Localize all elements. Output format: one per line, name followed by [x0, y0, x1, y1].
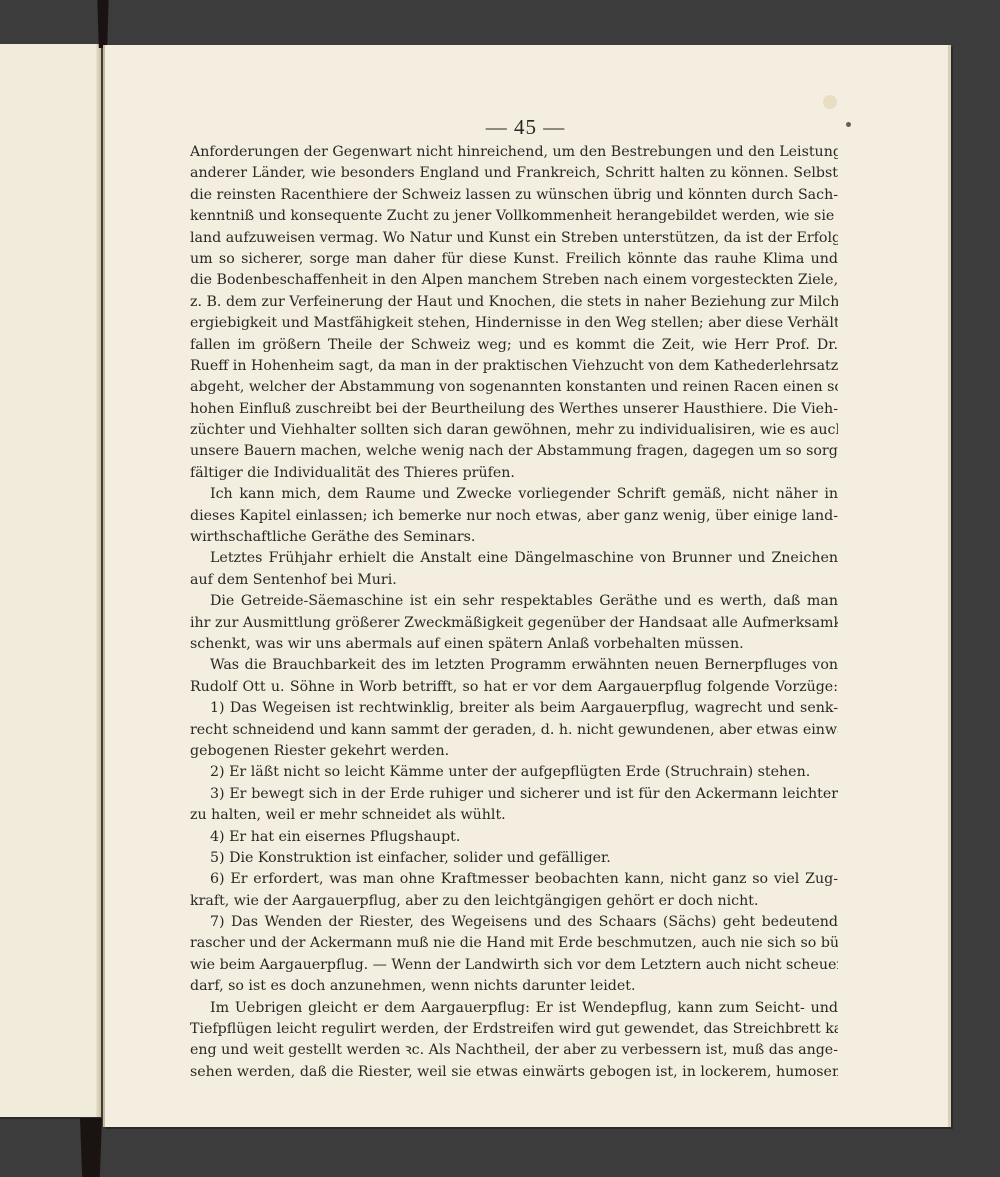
right-page: — 45 — Anforderungen der Gegenwart nicht… — [103, 45, 951, 1127]
text-line: Anforderungen der Gegenwart nicht hinrei… — [190, 142, 838, 163]
text-line: schenkt, was wir uns abermals auf einen … — [190, 634, 838, 655]
left-page-edge — [0, 44, 101, 1119]
text-line: 3) Er bewegt sich in der Erde ruhiger un… — [190, 784, 838, 805]
text-line: Im Uebrigen gleicht er dem Aargauerpflug… — [190, 998, 838, 1019]
text-line: Rueff in Hohenheim sagt, da man in der p… — [190, 356, 838, 377]
text-line: auf dem Sentenhof bei Muri. — [190, 570, 838, 591]
left-page-shadow — [96, 44, 101, 1117]
text-line: ihr zur Ausmittlung größerer Zweckmäßigk… — [190, 613, 838, 634]
text-line: hohen Einfluß zuschreibt bei der Beurthe… — [190, 399, 838, 420]
text-line: fallen im größern Theile der Schweiz weg… — [190, 335, 838, 356]
paper-stain — [823, 95, 837, 109]
text-line: anderer Länder, wie besonders England un… — [190, 163, 838, 184]
text-line: sehen werden, daß die Riester, weil sie … — [190, 1062, 838, 1083]
text-line: um so sicherer, sorge man daher für dies… — [190, 249, 838, 270]
text-line: dieses Kapitel einlassen; ich bemerke nu… — [190, 506, 838, 527]
text-line: land aufzuweisen vermag. Wo Natur und Ku… — [190, 228, 838, 249]
text-line: kraft, wie der Aargauerpflug, aber zu de… — [190, 891, 838, 912]
text-line: darf, so ist es doch anzunehmen, wenn ni… — [190, 976, 838, 997]
text-line: Rudolf Ott u. Söhne in Worb betrifft, so… — [190, 677, 838, 698]
text-line: eng und weit gestellt werden ꝛc. Als Nac… — [190, 1040, 838, 1061]
text-line: Tiefpflügen leicht regulirt werden, der … — [190, 1019, 838, 1040]
text-line: züchter und Viehhalter sollten sich dara… — [190, 420, 838, 441]
text-line: gebogenen Riester gekehrt werden. — [190, 741, 838, 762]
text-line: 4) Er hat ein eisernes Pflugshaupt. — [190, 827, 838, 848]
text-line: unsere Bauern machen, welche wenig nach … — [190, 441, 838, 462]
text-line: 1) Das Wegeisen ist rechtwinklig, breite… — [190, 698, 838, 719]
gutter — [103, 45, 105, 1127]
text-line: abgeht, welcher der Abstammung von sogen… — [190, 377, 838, 398]
text-line: rascher und der Ackermann muß nie die Ha… — [190, 933, 838, 954]
text-line: zu halten, weil er mehr schneidet als wü… — [190, 805, 838, 826]
text-line: recht schneidend und kann sammt der gera… — [190, 720, 838, 741]
text-line: 6) Er erfordert, was man ohne Kraftmesse… — [190, 869, 838, 890]
book-spine-top — [96, 0, 110, 48]
body-text: Anforderungen der Gegenwart nicht hinrei… — [190, 142, 838, 1083]
ink-speck — [846, 122, 851, 127]
text-line: ergiebigkeit und Mastfähigkeit stehen, H… — [190, 313, 838, 334]
text-line: Was die Brauchbarkeit des im letzten Pro… — [190, 655, 838, 676]
text-line: 5) Die Konstruktion ist einfacher, solid… — [190, 848, 838, 869]
text-line: kenntniß und konsequente Zucht zu jener … — [190, 206, 838, 227]
text-line: wirthschaftliche Geräthe des Seminars. — [190, 527, 838, 548]
text-line: 2) Er läßt nicht so leicht Kämme unter d… — [190, 762, 838, 783]
text-line: wie beim Aargauerpflug. — Wenn der Landw… — [190, 955, 838, 976]
text-line: z. B. dem zur Verfeinerung der Haut und … — [190, 292, 838, 313]
text-line: 7) Das Wenden der Riester, des Wegeisens… — [190, 912, 838, 933]
text-line: die reinsten Racenthiere der Schweiz las… — [190, 185, 838, 206]
text-line: fältiger die Individualität des Thieres … — [190, 463, 838, 484]
text-line: die Bodenbeschaffenheit in den Alpen man… — [190, 270, 838, 291]
page-number: — 45 — — [103, 115, 948, 140]
text-line: Ich kann mich, dem Raume und Zwecke vorl… — [190, 484, 838, 505]
book-spine-bottom — [80, 1118, 102, 1177]
text-line: Letztes Frühjahr erhielt die Anstalt ein… — [190, 548, 838, 569]
text-line: Die Getreide-Säemaschine ist ein sehr re… — [190, 591, 838, 612]
